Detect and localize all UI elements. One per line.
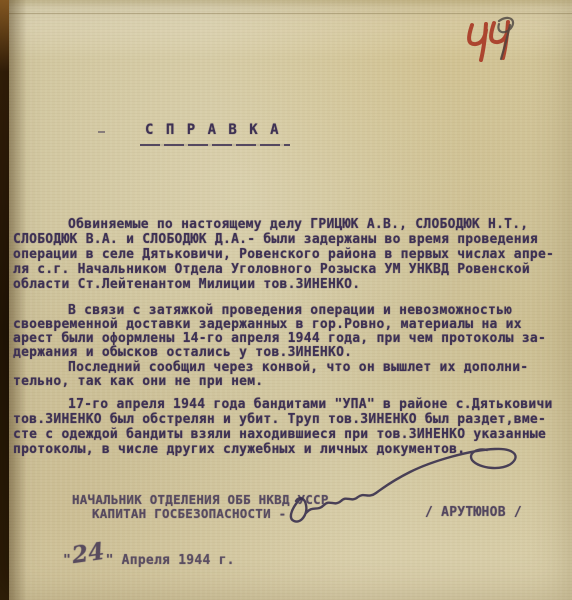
document-scan: С П Р А В К А Обвиняемые по настоящему д… (0, 0, 572, 600)
date-line: "24"Апреля 1944 г. (63, 543, 235, 570)
paragraph-1-line-1: Обвиняемые по настоящему делу ГРИЦЮК А.В… (13, 217, 572, 232)
title-underline (140, 144, 290, 146)
paragraph-4-line-3: сте с одеждой бандиты взяли находившиеся… (13, 427, 572, 442)
paragraph-4: 17-го апреля 1944 года бандитами "УПА" в… (13, 397, 572, 457)
date-month-year: Апреля 1944 г. (122, 553, 235, 568)
paragraph-1-line-3: операции в селе Дятьковичи, Ровенского р… (13, 247, 572, 262)
date-open-quote: " (63, 553, 71, 568)
paragraph-4-line-2: тов.ЗИНЕНКО был обстрелян и убит. Труп т… (13, 412, 572, 427)
paragraph-3: Последний сообщил через конвой, что он в… (13, 361, 572, 389)
signature-name: / АРУТЮНОВ / (425, 505, 522, 520)
paragraph-2-line-4: держания и обысков остались у тов.ЗИНЕНК… (13, 346, 572, 360)
paragraph-2: В связи с затяжкой проведения операции и… (13, 304, 572, 360)
date-day-handwritten: 24 (70, 538, 106, 569)
paragraph-3-line-2: тельно, так как они не при нем. (13, 375, 572, 389)
paragraph-4-line-4: протоколы, в числе других служебных и ли… (13, 442, 572, 457)
paragraph-4-line-1: 17-го апреля 1944 года бандитами "УПА" в… (13, 397, 572, 412)
doc-title: С П Р А В К А (145, 122, 281, 138)
paragraph-1-line-2: СЛОБОДЮК В.А. и СЛОБОДЮК Д.А.- были заде… (13, 232, 572, 247)
paragraph-1-line-4: ля с.г. Начальником Отдела Уголовного Ро… (13, 262, 572, 277)
paragraph-2-line-1: В связи с затяжкой проведения операции и… (13, 304, 572, 318)
date-close-quote: " (106, 553, 114, 568)
paragraph-3-line-1: Последний сообщил через конвой, что он в… (13, 361, 572, 375)
paragraph-1: Обвиняемые по настоящему делу ГРИЦЮК А.В… (13, 217, 572, 292)
paragraph-2-line-3: арест были оформлены 14-го апреля 1944 г… (13, 332, 572, 346)
signature-title-line: НАЧАЛЬНИК ОТДЕЛЕНИЯ ОББ НКВД УССР (72, 492, 329, 507)
paragraph-2-line-2: своевременной доставки задержанных в гор… (13, 318, 572, 332)
paragraph-1-line-5: области Ст.Лейтенантом Милиции тов.ЗИНЕН… (13, 277, 572, 292)
signature-rank-line: КАПИТАН ГОСБЕЗОПАСНОСТИ - (92, 506, 286, 521)
